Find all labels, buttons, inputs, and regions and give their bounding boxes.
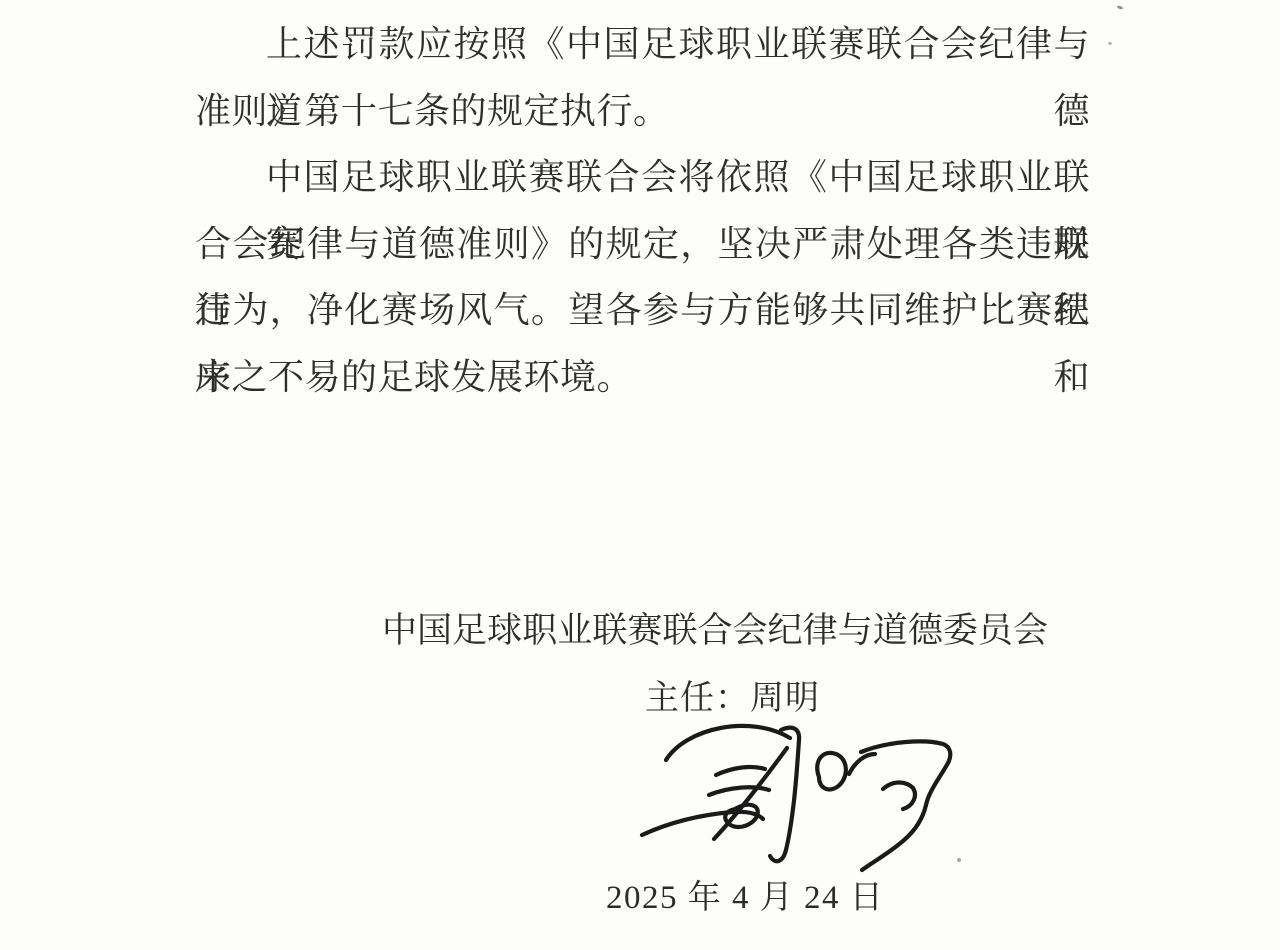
signature-stroke-bar1 xyxy=(716,767,765,775)
signature-stroke-loop xyxy=(725,805,758,827)
scan-speck xyxy=(957,858,961,862)
signature-organization: 中国足球职业联赛联合会纪律与道德委员会 xyxy=(382,609,1048,653)
signature-stroke-sun-loop xyxy=(817,753,846,790)
document-page: 上述罚款应按照《中国足球职业联赛联合会纪律与道德 准则》第十七条的规定执行。 中… xyxy=(0,0,1280,950)
signature-stroke-arc xyxy=(666,726,790,760)
body-line-4: 合会纪律与道德准则》的规定，坚决严肃处理各类违规违纪 xyxy=(195,211,1090,278)
document-body: 上述罚款应按照《中国足球职业联赛联合会纪律与道德 准则》第十七条的规定执行。 中… xyxy=(195,11,1090,410)
signature-date: 2025 年 4 月 24 日 xyxy=(606,878,884,918)
signature-stroke-connector xyxy=(849,754,875,774)
scan-speck xyxy=(1108,42,1112,45)
body-line-3: 中国足球职业联赛联合会将依照《中国足球职业联赛联 xyxy=(195,144,1090,211)
handwritten-signature xyxy=(636,714,992,884)
body-line-1: 上述罚款应按照《中国足球职业联赛联合会纪律与道德 xyxy=(195,11,1090,78)
signature-title-line: 主任：周明 xyxy=(645,679,820,719)
scan-speck xyxy=(1117,5,1124,10)
body-line-5: 行为，净化赛场风气。望各参与方能够共同维护比赛秩序和 xyxy=(195,277,1090,344)
signature-stroke-bar2 xyxy=(709,787,769,795)
signature-stroke-inner xyxy=(883,783,915,810)
signature-stroke-vertical xyxy=(770,728,799,862)
signature-stroke-sweep xyxy=(642,812,763,835)
